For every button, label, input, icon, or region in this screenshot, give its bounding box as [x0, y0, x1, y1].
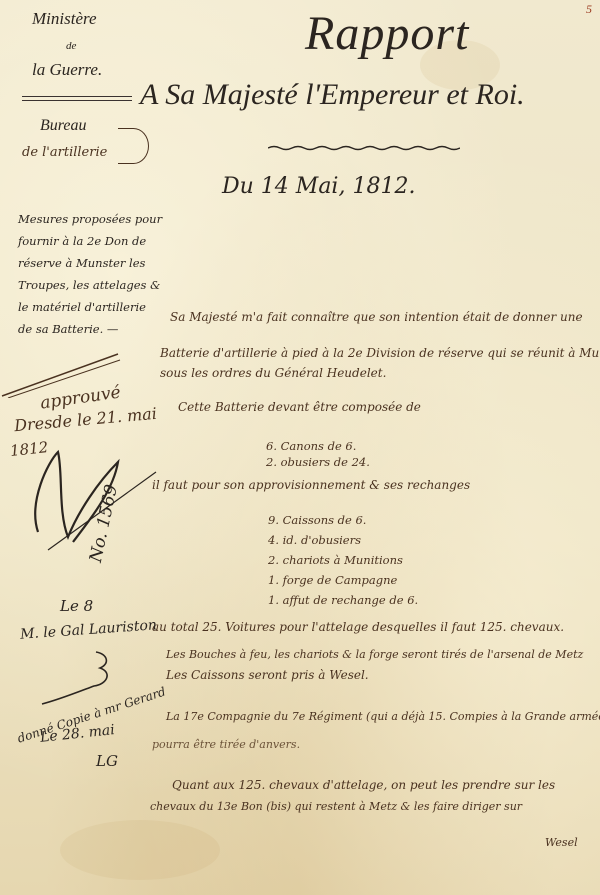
body-line: pourra être tirée d'anvers. [152, 738, 300, 751]
double-rule-divider [22, 96, 132, 101]
document-subtitle: A Sa Majesté l'Empereur et Roi. [140, 78, 525, 112]
wavy-divider-icon [268, 145, 460, 151]
body-line: au total 25. Voitures pour l'attelage de… [152, 620, 564, 634]
body-line: Sa Majesté m'a fait connaître que son in… [170, 310, 583, 324]
bureau-heading: Bureau [40, 117, 87, 135]
body-line: Les Caissons seront pris à Wesel. [166, 668, 369, 682]
document-date: Du 14 Mai, 1812. [222, 174, 415, 199]
body-line: La 17e Compagnie du 7e Régiment (qui a d… [166, 710, 600, 723]
margin-initials: LG [96, 752, 118, 770]
margin-note: M. le Gal Lauriston [20, 617, 158, 643]
body-line: Quant aux 125. chevaux d'attelage, on pe… [172, 778, 555, 792]
flourish-icon [118, 128, 149, 164]
ministry-guerre: la Guerre. [32, 60, 102, 80]
ministry-de: de [66, 40, 76, 52]
napoleon-signature-icon [18, 442, 158, 552]
document-title: Rapport [305, 6, 469, 61]
list-item: 2. obusiers de 24. [266, 454, 370, 470]
body-line: il faut pour son approvisionnement & ses… [152, 478, 470, 492]
list-item: 6. Canons de 6. [266, 438, 370, 454]
body-line: Wesel [545, 836, 578, 849]
body-line: Cette Batterie devant être composée de [178, 400, 421, 414]
paper-stain [60, 820, 220, 880]
composition-list: 6. Canons de 6. 2. obusiers de 24. [266, 438, 370, 470]
folio-number: 5 [586, 2, 592, 17]
body-line: Batterie d'artillerie à pied à la 2e Div… [160, 346, 600, 360]
supply-list: 9. Caissons de 6. 4. id. d'obusiers 2. c… [268, 510, 418, 610]
body-line: sous les ordres du Général Heudelet. [160, 366, 386, 380]
bureau-subheading: de l'artillerie [22, 145, 107, 160]
ministry-heading: Ministère [32, 10, 97, 27]
list-item: 9. Caissons de 6. [268, 510, 418, 530]
approval-place-date: Dresde le 21. mai [13, 404, 157, 435]
margin-summary: Mesures proposées pour fournir à la 2e D… [18, 208, 163, 340]
list-item: 2. chariots à Munitions [268, 550, 418, 570]
list-item: 4. id. d'obusiers [268, 530, 418, 550]
margin-note: Le 8 [60, 597, 93, 615]
list-item: 1. forge de Campagne [268, 570, 418, 590]
list-item: 1. affut de rechange de 6. [268, 590, 418, 610]
body-line: chevaux du 13e Bon (bis) qui restent à M… [150, 800, 522, 813]
body-line: Les Bouches à feu, les chariots & la for… [166, 648, 583, 661]
manuscript-page: 5 Ministère de la Guerre. Bureau de l'ar… [0, 0, 600, 895]
